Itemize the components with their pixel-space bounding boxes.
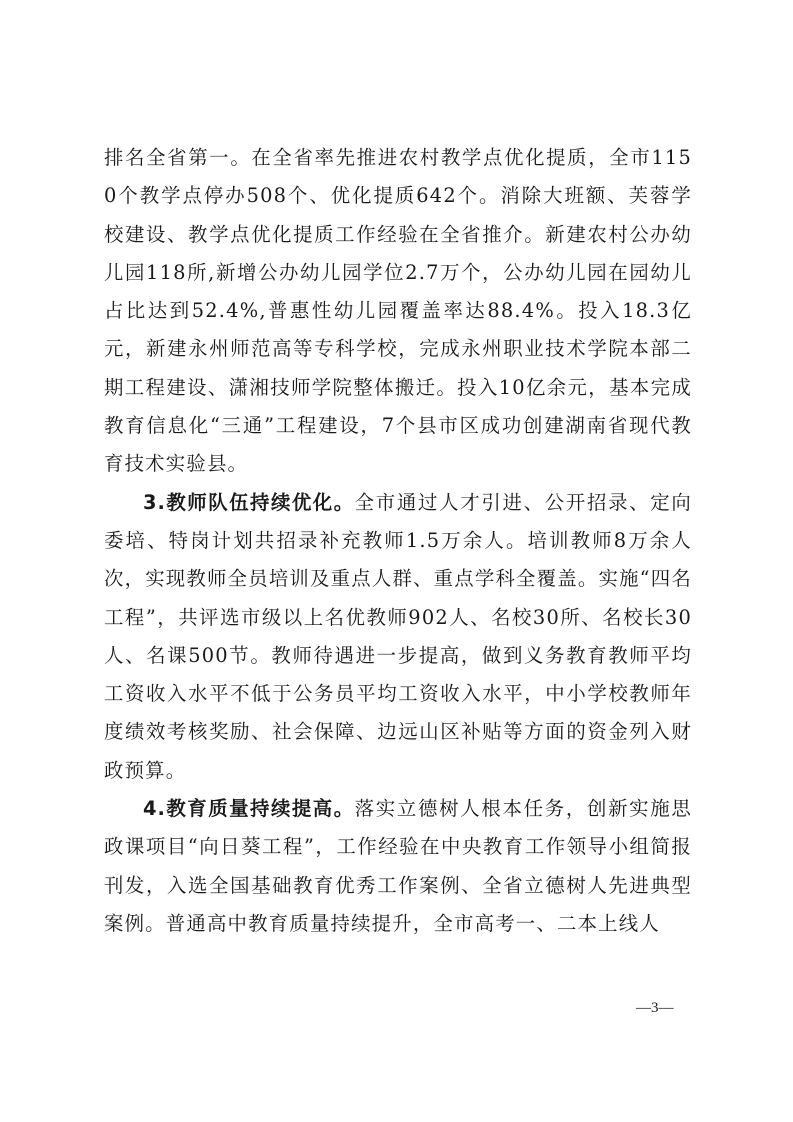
paragraph-education-quality: 4.教育质量持续提高。落实立德树人根本任务，创新实施思政课项目“向日葵工程”，工…: [104, 790, 692, 943]
document-page: 排名全省第一。在全省率先推进农村教学点优化提质，全市1150个教学点停办508个…: [104, 139, 692, 943]
page-number: —3—: [636, 1000, 674, 1017]
paragraph-teacher-team: 3.教师队伍持续优化。全市通过人才引进、公开招录、定向委培、特岗计划共招录补充教…: [104, 484, 692, 790]
paragraph-continuation: 排名全省第一。在全省率先推进农村教学点优化提质，全市1150个教学点停办508个…: [104, 139, 692, 484]
paragraph-text: 全市通过人才引进、公开招录、定向委培、特岗计划共招录补充教师1.5万余人。培训教…: [104, 491, 692, 782]
section-heading-3: 3.教师队伍持续优化。: [143, 491, 355, 514]
section-heading-4: 4.教育质量持续提高。: [143, 797, 355, 820]
paragraph-text: 排名全省第一。在全省率先推进农村教学点优化提质，全市1150个教学点停办508个…: [104, 146, 692, 475]
